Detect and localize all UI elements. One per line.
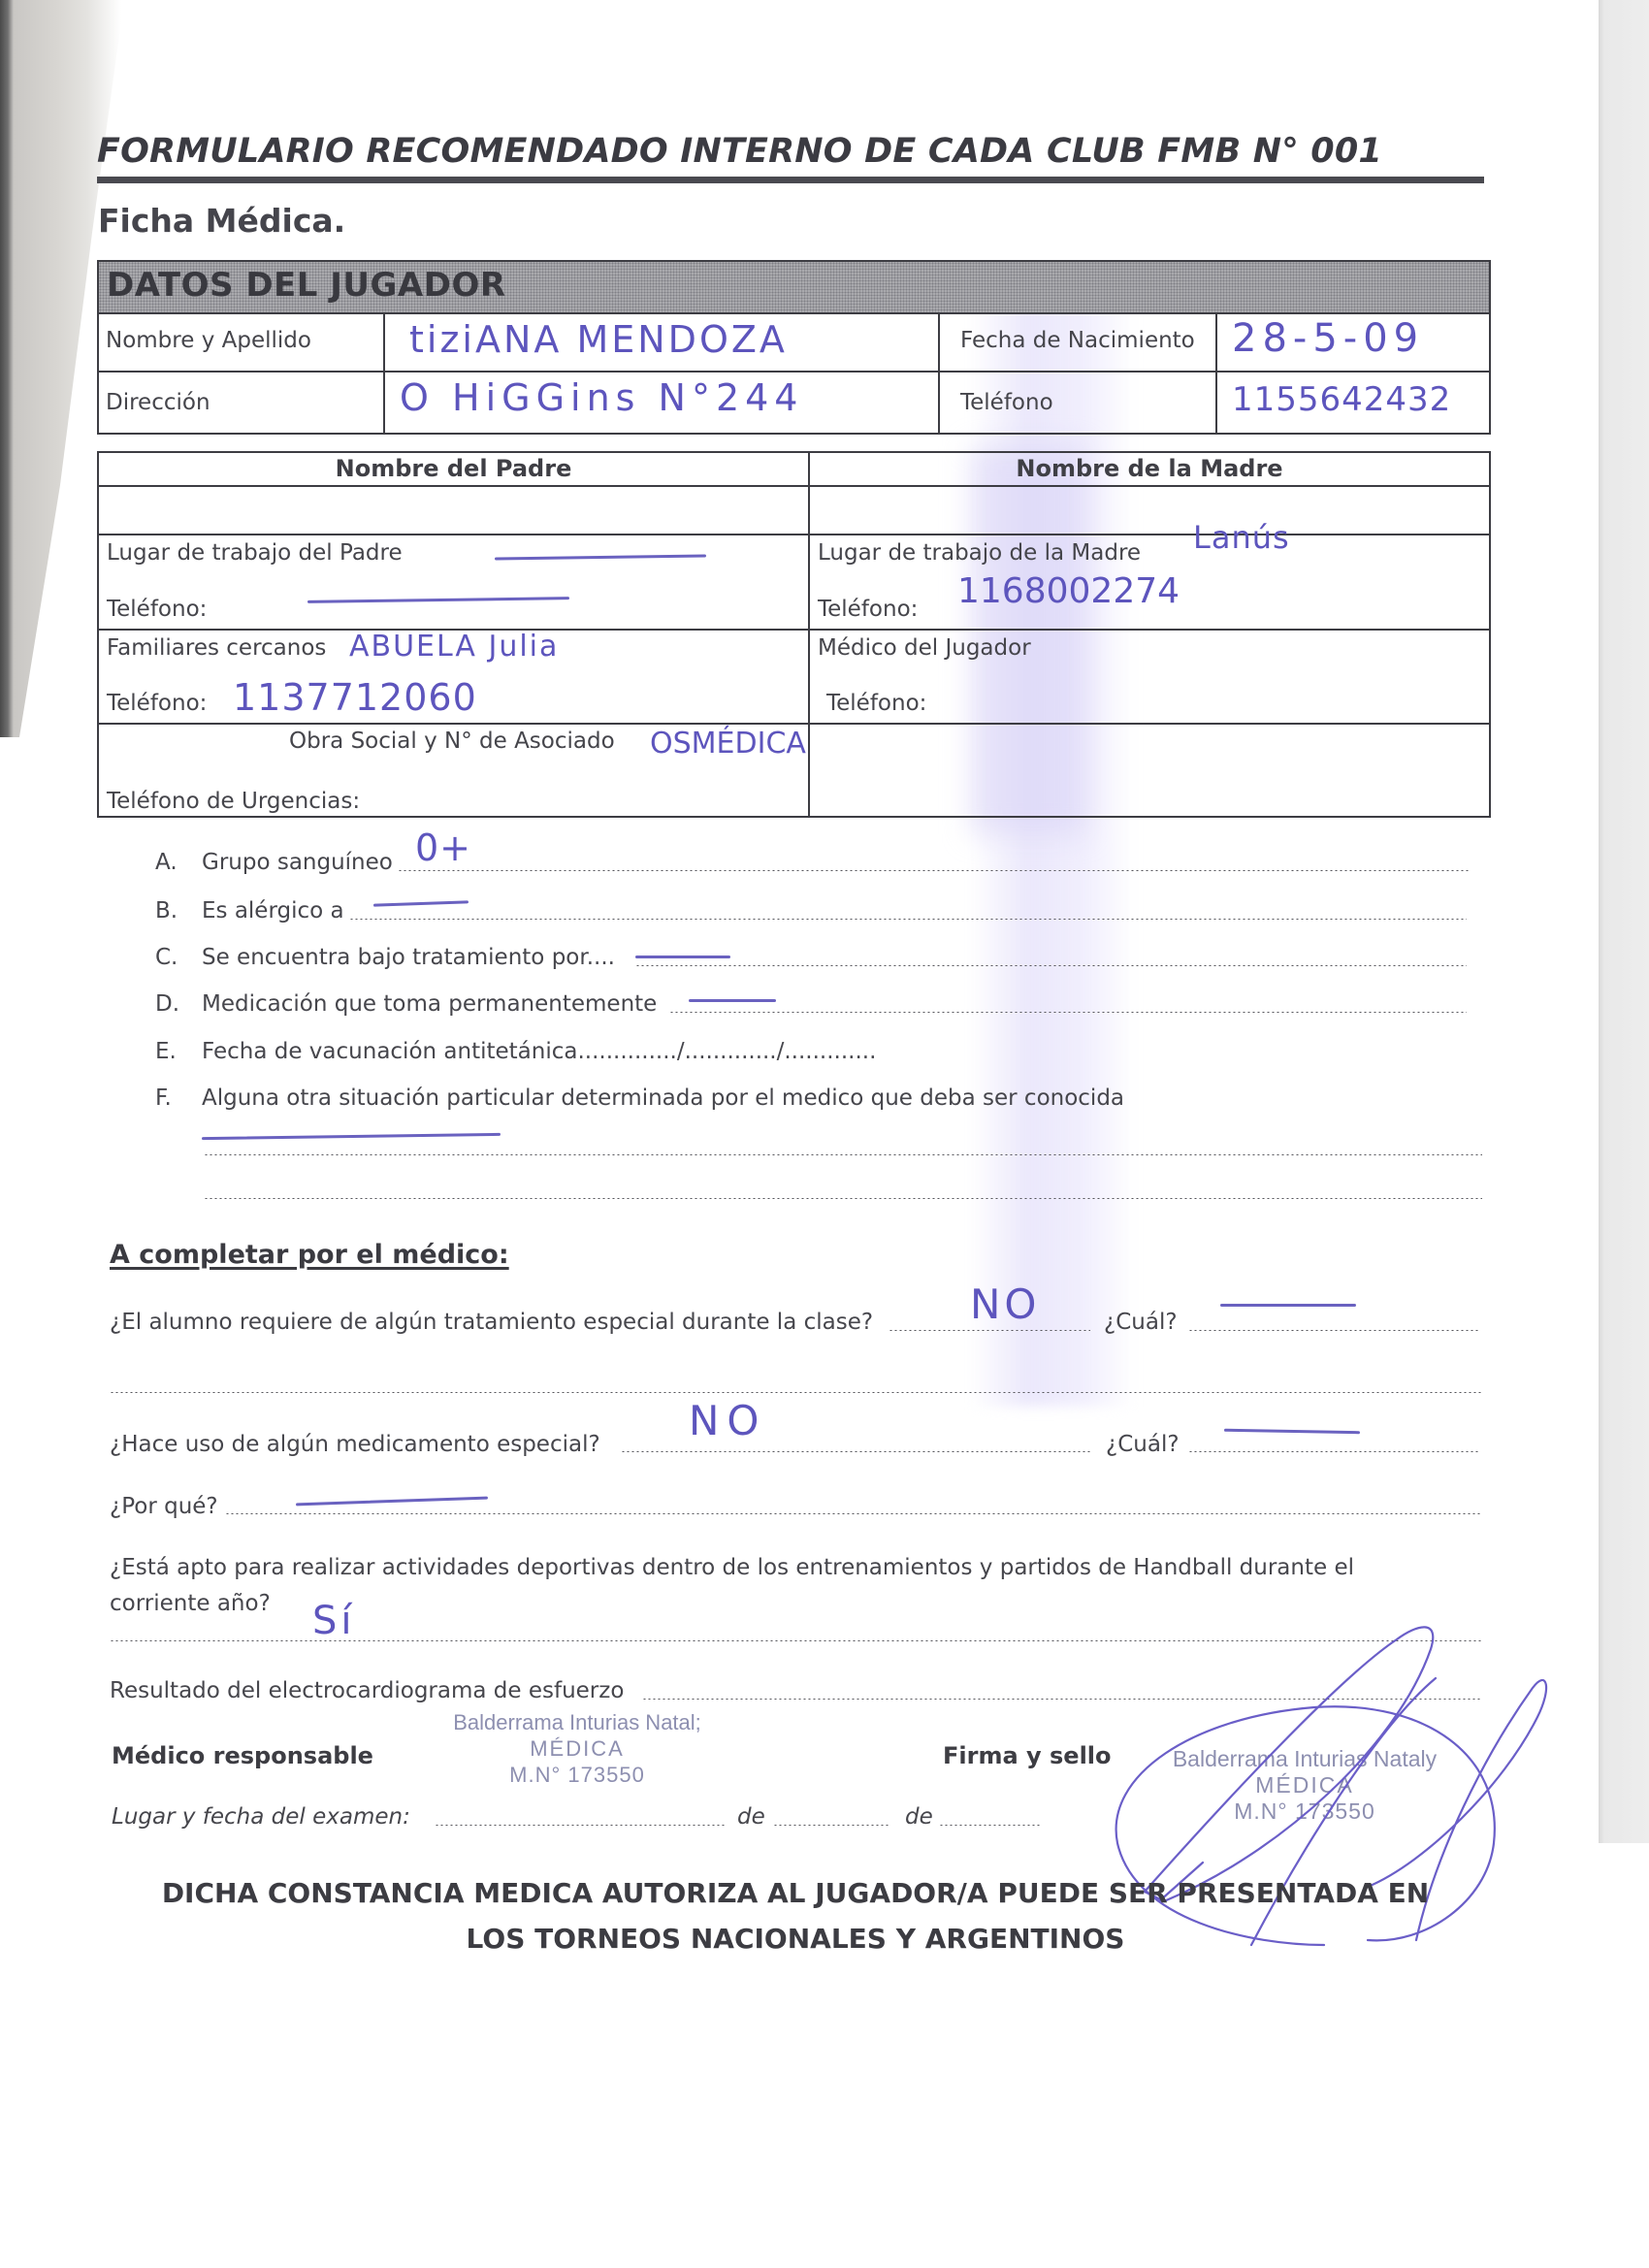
item-a-dotted-line (398, 869, 1470, 872)
mother-phone-label: Teléfono: (818, 597, 918, 622)
item-a-letter: A. (155, 850, 178, 875)
player-doctor-label: Médico del Jugador (818, 635, 1031, 661)
item-b-label: Es alérgico a (202, 898, 344, 923)
divider (99, 485, 1489, 487)
item-d-dotted-line (669, 1011, 1467, 1014)
q2-dotted-line (621, 1450, 1090, 1453)
q2-label: ¿Hace uso de algún medicamento especial? (110, 1432, 600, 1457)
place-field[interactable] (435, 1824, 726, 1827)
place-date-label: Lugar y fecha del examen: (112, 1804, 410, 1830)
q2-which-label: ¿Cuál? (1106, 1432, 1180, 1457)
phone-label: Teléfono (960, 390, 1053, 415)
q3-label-line1: ¿Está apto para realizar actividades dep… (110, 1555, 1354, 1580)
name-label: Nombre y Apellido (106, 328, 311, 353)
divider (99, 629, 1489, 631)
emergency-phone-label: Teléfono de Urgencias: (107, 789, 360, 814)
q1-which-dotted-line (1188, 1329, 1479, 1332)
father-work-field[interactable] (495, 554, 706, 560)
why-dotted-line (225, 1512, 1480, 1515)
day-month-field[interactable] (773, 1824, 889, 1827)
father-phone-field[interactable] (307, 597, 569, 603)
stamp-title: MÉDICA (1154, 1772, 1455, 1798)
q2-which-field[interactable] (1224, 1429, 1360, 1434)
doctor-stamp-left: Balderrama Inturias Natal; MÉDICA M.N° 1… (417, 1709, 737, 1788)
q1-which-field[interactable] (1220, 1304, 1356, 1307)
divider (383, 312, 385, 433)
item-f-dotted-line-1 (204, 1153, 1482, 1156)
item-a-label: Grupo sanguíneo (202, 850, 393, 875)
q1-answer-field[interactable]: NO (970, 1280, 1040, 1328)
divider (938, 312, 940, 433)
item-b-dotted-line (349, 918, 1467, 921)
stamp-license: M.N° 173550 (1154, 1798, 1455, 1825)
player-doctor-phone-label: Teléfono: (826, 691, 926, 716)
q1-which-label: ¿Cuál? (1104, 1310, 1178, 1335)
scan-background-right (1599, 0, 1649, 1843)
address-label: Dirección (106, 390, 210, 415)
blood-type-field[interactable]: 0+ (415, 826, 471, 869)
item-b-letter: B. (155, 898, 178, 923)
treatment-field[interactable] (635, 956, 730, 958)
ecg-label: Resultado del electrocardiograma de esfu… (110, 1678, 624, 1703)
family-table: Nombre del Padre Nombre de la Madre Luga… (97, 451, 1491, 818)
stamp-name: Balderrama Inturias Natal; (417, 1709, 737, 1735)
insurance-field[interactable]: OSMÉDICA (650, 727, 806, 761)
form-title: FORMULARIO RECOMENDADO INTERNO DE CADA C… (97, 132, 1382, 171)
mother-work-label: Lugar de trabajo de la Madre (818, 540, 1141, 566)
q1-extra-dotted-line (110, 1391, 1482, 1394)
place-date-de-1: de (737, 1804, 765, 1830)
responsible-doctor-label: Médico responsable (112, 1742, 373, 1769)
q2-answer-field[interactable]: NO (689, 1397, 766, 1444)
mother-work-field[interactable]: Lanús (1193, 519, 1290, 556)
relatives-label: Familiares cercanos (107, 635, 326, 661)
place-date-de-2: de (905, 1804, 933, 1830)
mother-name-header: Nombre de la Madre (810, 455, 1489, 482)
divider (808, 453, 810, 816)
father-work-label: Lugar de trabajo del Padre (107, 540, 403, 566)
q3-answer-field[interactable]: Sí (312, 1599, 356, 1643)
signature-label: Firma y sello (943, 1742, 1112, 1769)
stamp-name: Balderrama Inturias Nataly (1154, 1746, 1455, 1772)
divider (99, 371, 1489, 373)
other-situation-field[interactable] (202, 1133, 501, 1140)
father-name-header: Nombre del Padre (99, 455, 808, 482)
item-c-letter: C. (155, 945, 178, 970)
item-f-label: Alguna otra situación particular determi… (202, 1085, 1124, 1111)
stamp-title: MÉDICA (417, 1735, 737, 1762)
tetanus-vaccine-date-field[interactable]: Fecha de vacunación antitetánica........… (202, 1039, 876, 1064)
father-phone-label: Teléfono: (107, 597, 207, 622)
divider (99, 723, 1489, 725)
item-e-letter: E. (155, 1039, 177, 1064)
footer-line-1: DICHA CONSTANCIA MEDICA AUTORIZA AL JUGA… (97, 1870, 1494, 1916)
ecg-field[interactable] (642, 1698, 1482, 1701)
relatives-phone-label: Teléfono: (107, 691, 207, 716)
q3-dotted-line (110, 1639, 1482, 1642)
player-data-header: DATOS DEL JUGADOR (99, 262, 1489, 314)
item-c-label: Se encuentra bajo tratamiento por.... (202, 945, 615, 970)
relatives-phone-field[interactable]: 1137712060 (233, 676, 477, 719)
q3-label-line2: corriente año? (110, 1591, 271, 1616)
year-field[interactable] (939, 1824, 1041, 1827)
why-field[interactable] (296, 1497, 488, 1507)
mother-phone-field[interactable]: 1168002274 (957, 571, 1180, 611)
phone-field[interactable]: 1155642432 (1232, 380, 1451, 419)
player-data-heading: DATOS DEL JUGADOR (107, 266, 506, 305)
medication-field[interactable] (689, 999, 776, 1002)
address-field[interactable]: O HiGGins N°244 (400, 376, 804, 419)
item-c-dotted-line (635, 964, 1467, 967)
insurance-label: Obra Social y N° de Asociado (289, 729, 615, 754)
relatives-field[interactable]: ABUELA Julia (349, 630, 559, 664)
birth-date-label: Fecha de Nacimiento (960, 328, 1195, 353)
player-data-table: DATOS DEL JUGADOR Nombre y Apellido tizi… (97, 260, 1491, 435)
birth-date-field[interactable]: 28-5-09 (1232, 316, 1424, 361)
stamp-license: M.N° 173550 (417, 1762, 737, 1788)
item-f-letter: F. (155, 1085, 172, 1111)
allergy-field[interactable] (373, 900, 469, 906)
q1-label: ¿El alumno requiere de algún tratamiento… (110, 1310, 873, 1335)
doctor-section-heading: A completar por el médico: (110, 1240, 509, 1270)
name-field[interactable]: tiziANA MENDOZA (409, 318, 788, 361)
item-d-label: Medicación que toma permanentemente (202, 991, 657, 1017)
item-f-dotted-line-2 (204, 1197, 1482, 1200)
footer-line-2: LOS TORNEOS NACIONALES Y ARGENTINOS (97, 1916, 1494, 1961)
q2-which-dotted-line (1188, 1450, 1479, 1453)
doctor-stamp-right: Balderrama Inturias Nataly MÉDICA M.N° 1… (1154, 1746, 1455, 1825)
q1-dotted-line (889, 1329, 1090, 1332)
divider (1215, 312, 1217, 433)
form-subtitle: Ficha Médica. (98, 202, 345, 240)
title-underline (97, 177, 1484, 183)
why-label: ¿Por qué? (110, 1494, 218, 1519)
item-d-letter: D. (155, 991, 179, 1017)
